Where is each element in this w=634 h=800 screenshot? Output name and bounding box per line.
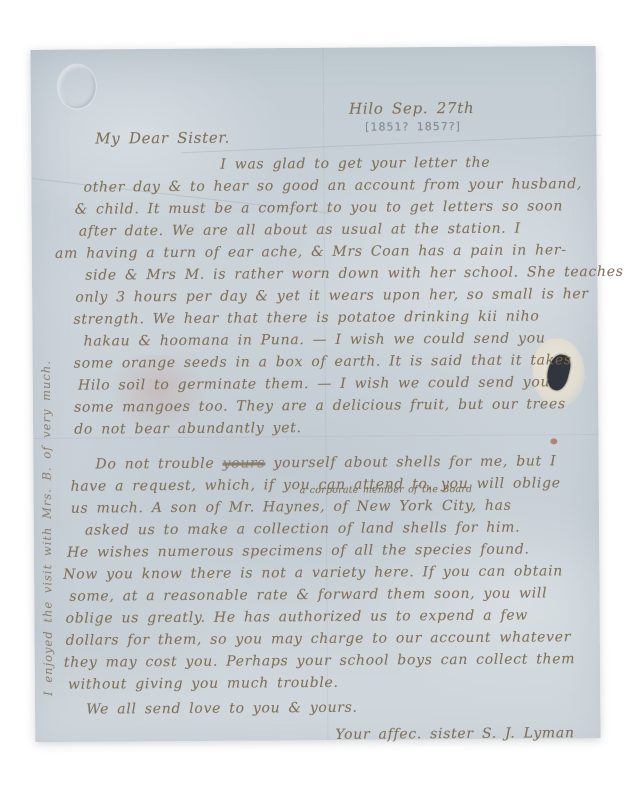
pencil-date-annotation: [1851? 1857?]	[365, 120, 461, 134]
letter-line: only 3 hours per day & yet it wears upon…	[75, 286, 589, 306]
letter-line: hakau & hoomana in Puna. — I wish we cou…	[84, 330, 546, 349]
salutation: My Dear Sister.	[95, 129, 230, 148]
letter-line: without giving you much trouble.	[68, 675, 339, 693]
red-ink-dot	[550, 438, 557, 444]
letter-line: do not bear abundantly yet.	[74, 420, 302, 438]
letter-line: strength. We hear that there is potatoe …	[73, 308, 539, 327]
signature: Your affec. sister S. J. Lyman	[335, 725, 574, 743]
letter-line: other day & to hear so good an account f…	[83, 176, 582, 195]
letter-line: Now you know there is not a variety here…	[63, 563, 563, 582]
letter-line: asked us to make a collection of land sh…	[85, 520, 520, 539]
embossed-stamp	[57, 64, 97, 110]
interlinear-insertion: a corporate member of the Board	[300, 484, 473, 496]
letter-line: they may cost you. Perhaps your school b…	[64, 651, 575, 671]
letter-line: us much. A son of Mr. Haynes, of New Yor…	[71, 498, 512, 517]
letter-line: oblige us greatly. He has authorized us …	[66, 608, 529, 627]
letter-line: some mangoes too. They are a delicious f…	[74, 396, 566, 415]
letter-line: am having a turn of ear ache, & Mrs Coan…	[55, 242, 567, 262]
letter-line: I was glad to get your letter the	[220, 155, 490, 173]
letter-lines: I was glad to get your letter theother d…	[31, 46, 596, 50]
struck-out-word: yours	[223, 455, 266, 471]
letter-line: & child. It must be a comfort to you to …	[75, 198, 563, 217]
paper-crease	[181, 135, 601, 154]
letter-line: side & Mrs M. is rather worn down with h…	[85, 264, 624, 284]
vertical-margin-note: I enjoyed the visit with Mrs. B. of very…	[38, 226, 55, 696]
letter-line: Hilo soil to germinate them. — I wish we…	[78, 374, 550, 393]
letter-line: some, at a reasonable rate & forward the…	[69, 585, 547, 604]
scan-background: Hilo Sep. 27th [1851? 1857?] My Dear Sis…	[0, 0, 634, 800]
letter-line: some orange seeds in a box of earth. It …	[74, 352, 572, 371]
closing-line: We all send love to you & yours.	[86, 700, 358, 718]
letter-line: He wishes numerous specimens of all the …	[67, 542, 530, 561]
letter-paper: Hilo Sep. 27th [1851? 1857?] My Dear Sis…	[31, 46, 601, 742]
letter-line: Do not trouble yours yourself about shel…	[95, 453, 556, 472]
letter-line: after date. We are all about as usual at…	[79, 221, 521, 240]
dateline: Hilo Sep. 27th	[349, 99, 474, 118]
letter-line: dollars for them, so you may charge to o…	[66, 629, 572, 649]
